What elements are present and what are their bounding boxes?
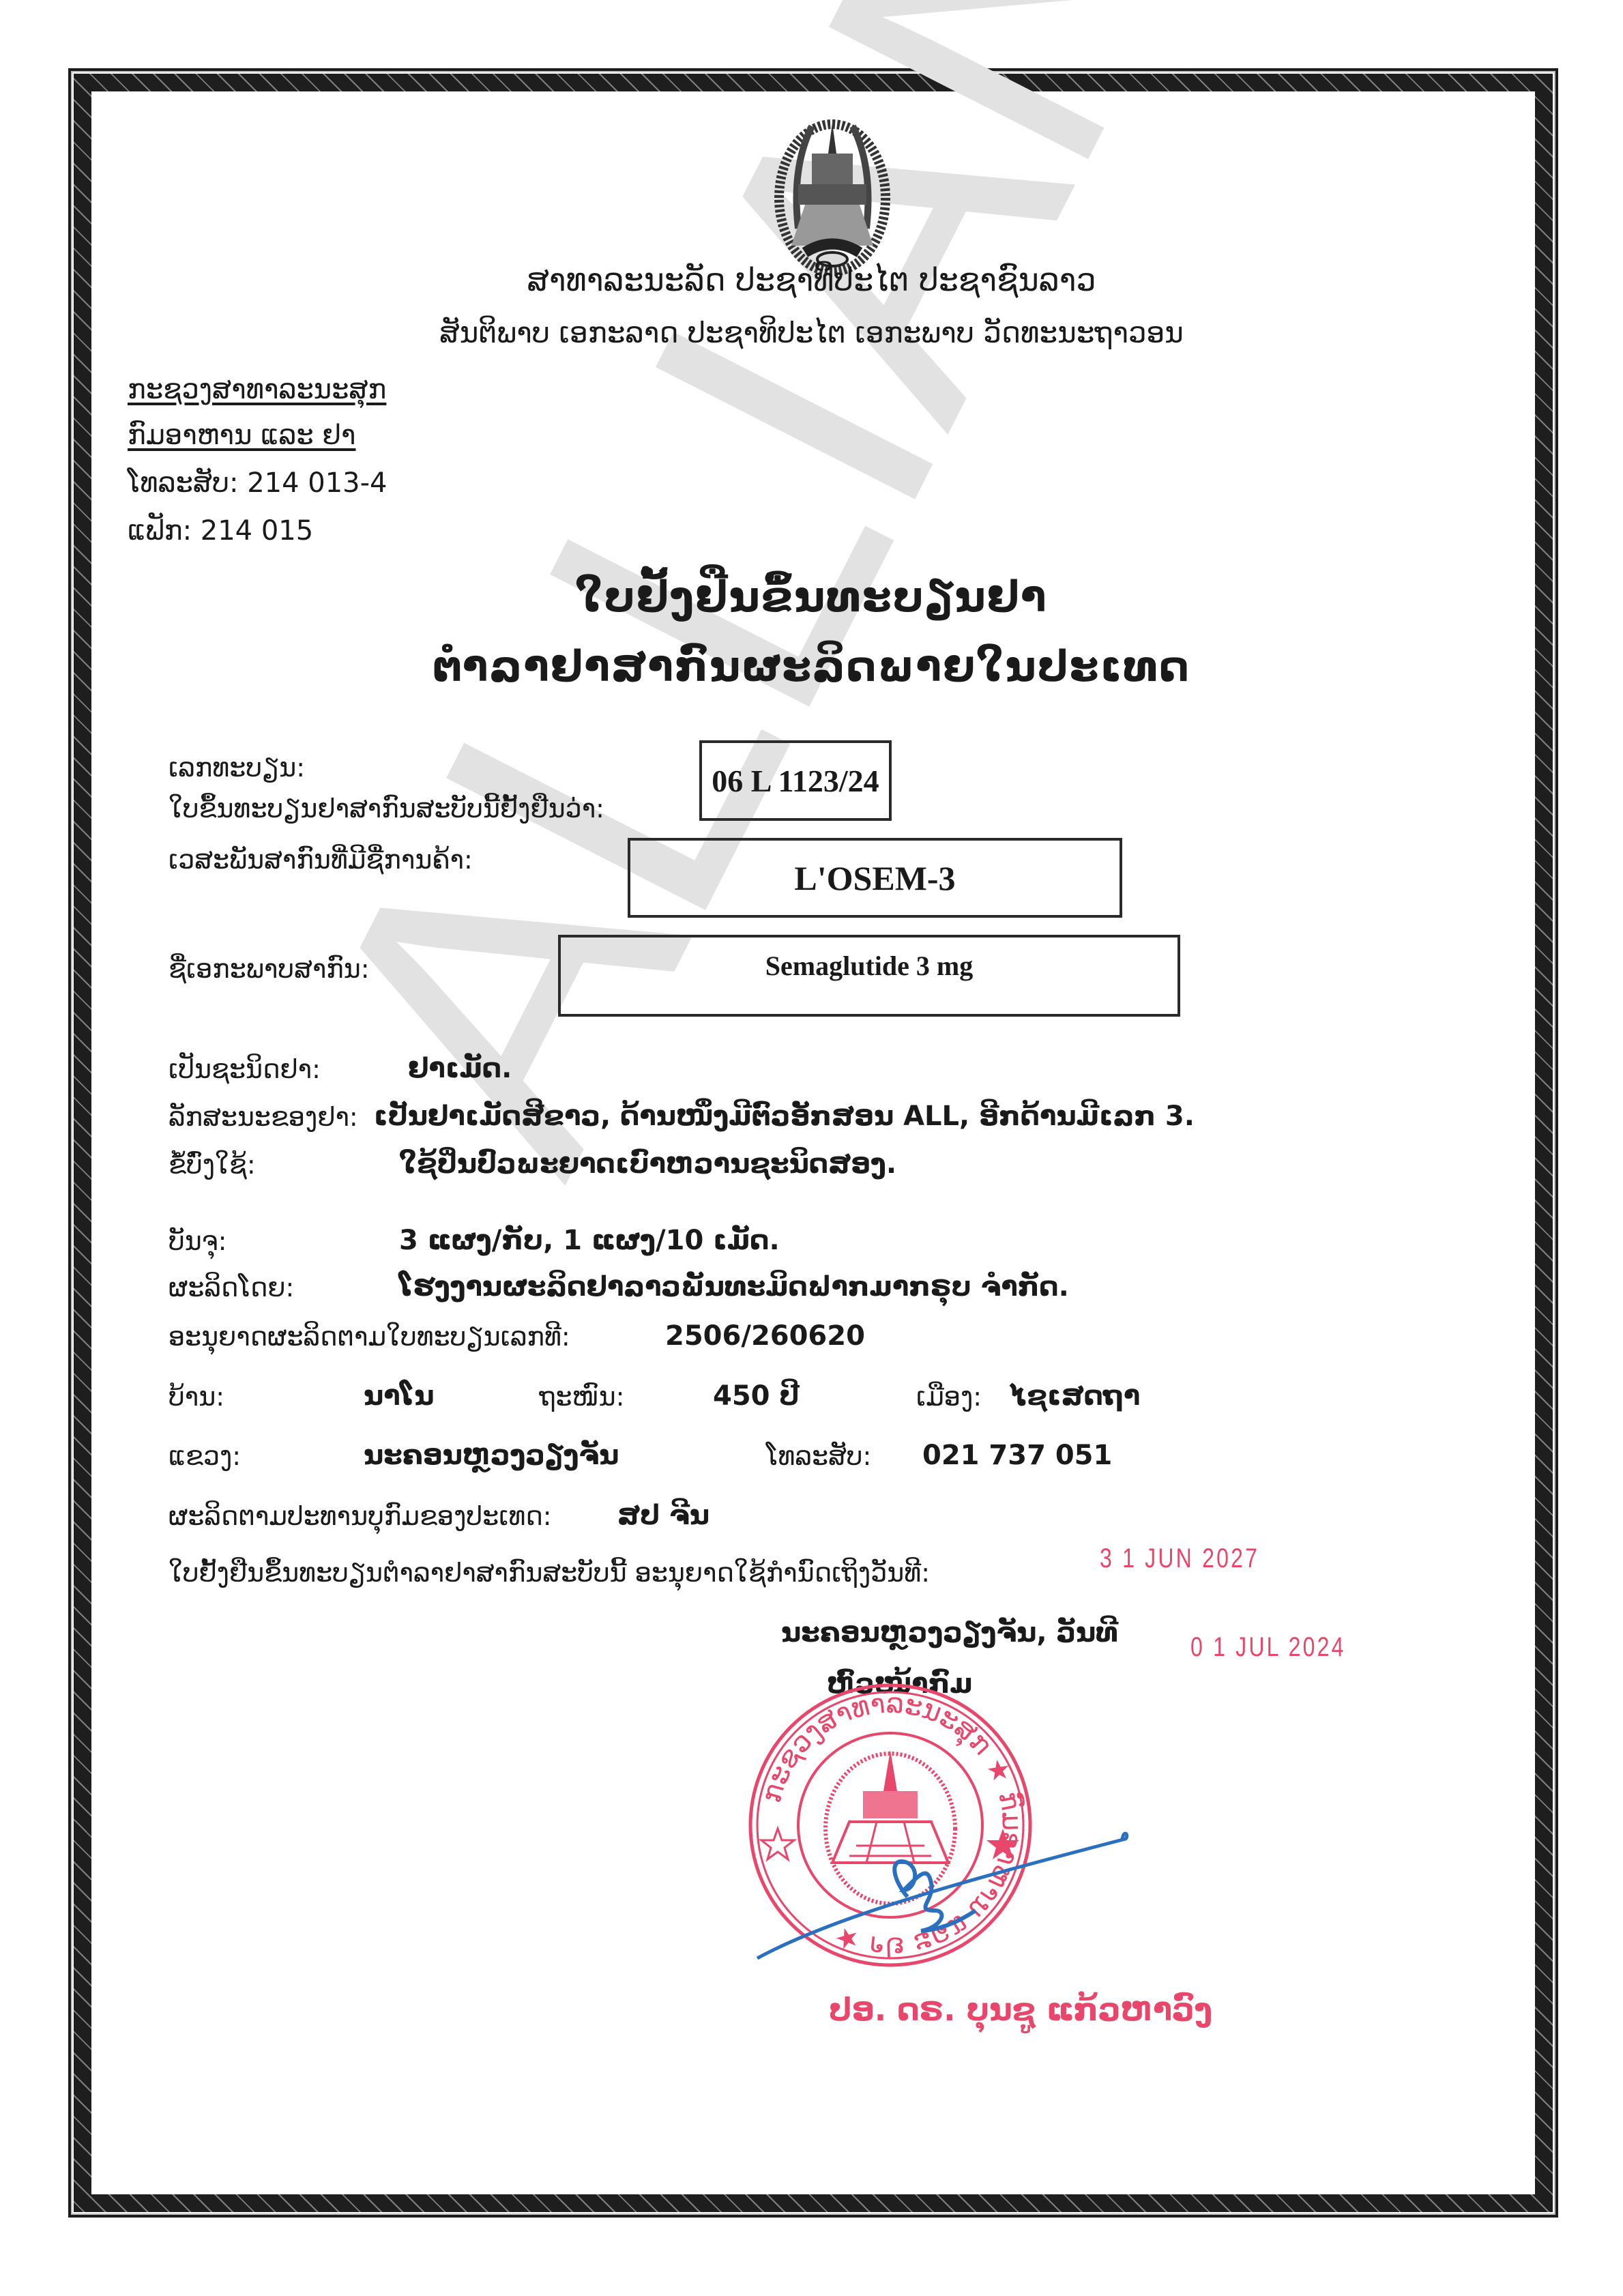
country-name: ສາທາລະນະລັດ ປະຊາທິປະໄຕ ປະຊາຊົນລາວ	[0, 261, 1623, 298]
indication-label: ຂໍ້ບົ່ງໃຊ້:	[169, 1150, 256, 1180]
district: ໄຊເສດຖາ	[1010, 1380, 1140, 1412]
issue-date-stamp: 0 1 JUL 2024	[1190, 1632, 1346, 1663]
road: 450 ປີ	[713, 1380, 800, 1412]
issuer-department: ກົມອາຫານ ແລະ ຢາ	[128, 420, 355, 451]
issuer-ministry: ກະຊວງສາທາລະນະສຸກ	[128, 374, 386, 405]
dosage-form: ຢາເມັດ.	[408, 1053, 512, 1084]
trade-name: L'OSEM-3	[794, 858, 955, 898]
village-label: ບ້ານ:	[169, 1382, 224, 1412]
origin: ສປ ຈີນ	[617, 1500, 710, 1531]
generic-name-label: ຊື່ເອກະພາບສາກົນ:	[169, 954, 370, 984]
certificate-subtitle: ຕຳລາຢາສາກົນຜະລິດພາຍໃນປະເທດ	[0, 641, 1623, 691]
description: ເປັນຢາເມັດສີຂາວ, ດ້ານໜຶ່ງມີຕົວອັກສອນ ALL…	[374, 1101, 1195, 1132]
manufacturer: ໂຮງງານຜະລິດຢາລາວພັນທະມິດຟາກມາກຣຸບ ຈຳກັດ.	[399, 1271, 1069, 1303]
national-emblem-icon	[771, 113, 894, 276]
province-label: ແຂວງ:	[169, 1441, 241, 1471]
generic-name-box: Semaglutide 3 mg	[558, 935, 1180, 1017]
packaging-label: ບັນຈຸ:	[169, 1226, 226, 1256]
issuer-phone: ໂທລະສັບ: 214 013-4	[128, 467, 388, 499]
generic-name: Semaglutide 3 mg	[765, 950, 973, 982]
district-label: ເມືອງ:	[916, 1382, 982, 1412]
signature-icon	[750, 1808, 1132, 1965]
trade-name-label: ເວສະພັນສາກົນທີ່ມີຊື່ການຄ້າ:	[169, 845, 473, 875]
village: ນາໂນ	[364, 1380, 434, 1412]
expiry-date-stamp: 3 1 JUN 2027	[1100, 1543, 1259, 1574]
place-date-label: ນະຄອນຫຼວງວຽງຈັນ, ວັນທີ	[781, 1617, 1118, 1648]
indication: ໃຊ້ປິ່ນປົວພະຍາດເບົາຫວານຊະນິດສອງ.	[399, 1148, 896, 1180]
dosage-form-label: ເປັນຊະນິດຢາ:	[169, 1054, 321, 1084]
license-label: ອະນຸຍາດຜະລິດຕາມໃບທະບຽນເລກທີ:	[169, 1322, 570, 1352]
signatory-name: ປອ. ດຣ. ບຸນຊູ ແກ້ວຫາວົງ	[829, 1991, 1212, 2028]
certificate-title: ໃບຢັ້ງຢືນຂຶ້ນທະບຽນຢາ	[0, 572, 1623, 622]
issuer-fax: ແຟັກ: 214 015	[128, 515, 313, 547]
manufacturer-label: ຜະລິດໂດຍ:	[169, 1273, 294, 1303]
certifies-label: ໃບຂຶ້ນທະບຽນຢາສາກົນສະບັບນີ້ຢັ້ງຢືນວ່າ:	[169, 794, 604, 824]
national-motto: ສັນຕິພາບ ເອກະລາດ ປະຊາທິປະໄຕ ເອກະພາບ ວັດທ…	[0, 316, 1623, 349]
description-label: ລັກສະນະຂອງຢາ:	[169, 1102, 358, 1132]
registration-number: 06 L 1123/24	[712, 763, 879, 799]
province: ນະຄອນຫຼວງວຽງຈັນ	[364, 1440, 619, 1471]
registration-number-label: ເລກທະບຽນ:	[169, 753, 305, 783]
registration-number-box: 06 L 1123/24	[699, 740, 892, 821]
packaging: 3 ແຜງ/ກັບ, 1 ແຜງ/10 ເມັດ.	[399, 1225, 780, 1256]
trade-name-box: L'OSEM-3	[628, 838, 1122, 918]
tel: 021 737 051	[922, 1440, 1112, 1471]
tel-label: ໂທລະສັບ:	[766, 1441, 871, 1471]
origin-label: ຜະລິດຕາມປະທານບຸກົມຂອງປະເທດ:	[169, 1501, 552, 1531]
road-label: ຖະໜົນ:	[539, 1382, 624, 1412]
license-number: 2506/260620	[665, 1320, 865, 1352]
validity-label: ໃບຢັ້ງຢືນຂຶ້ນທະບຽນຕຳລາຢາສາກົນສະບັບນີ້ ອະ…	[169, 1558, 930, 1588]
